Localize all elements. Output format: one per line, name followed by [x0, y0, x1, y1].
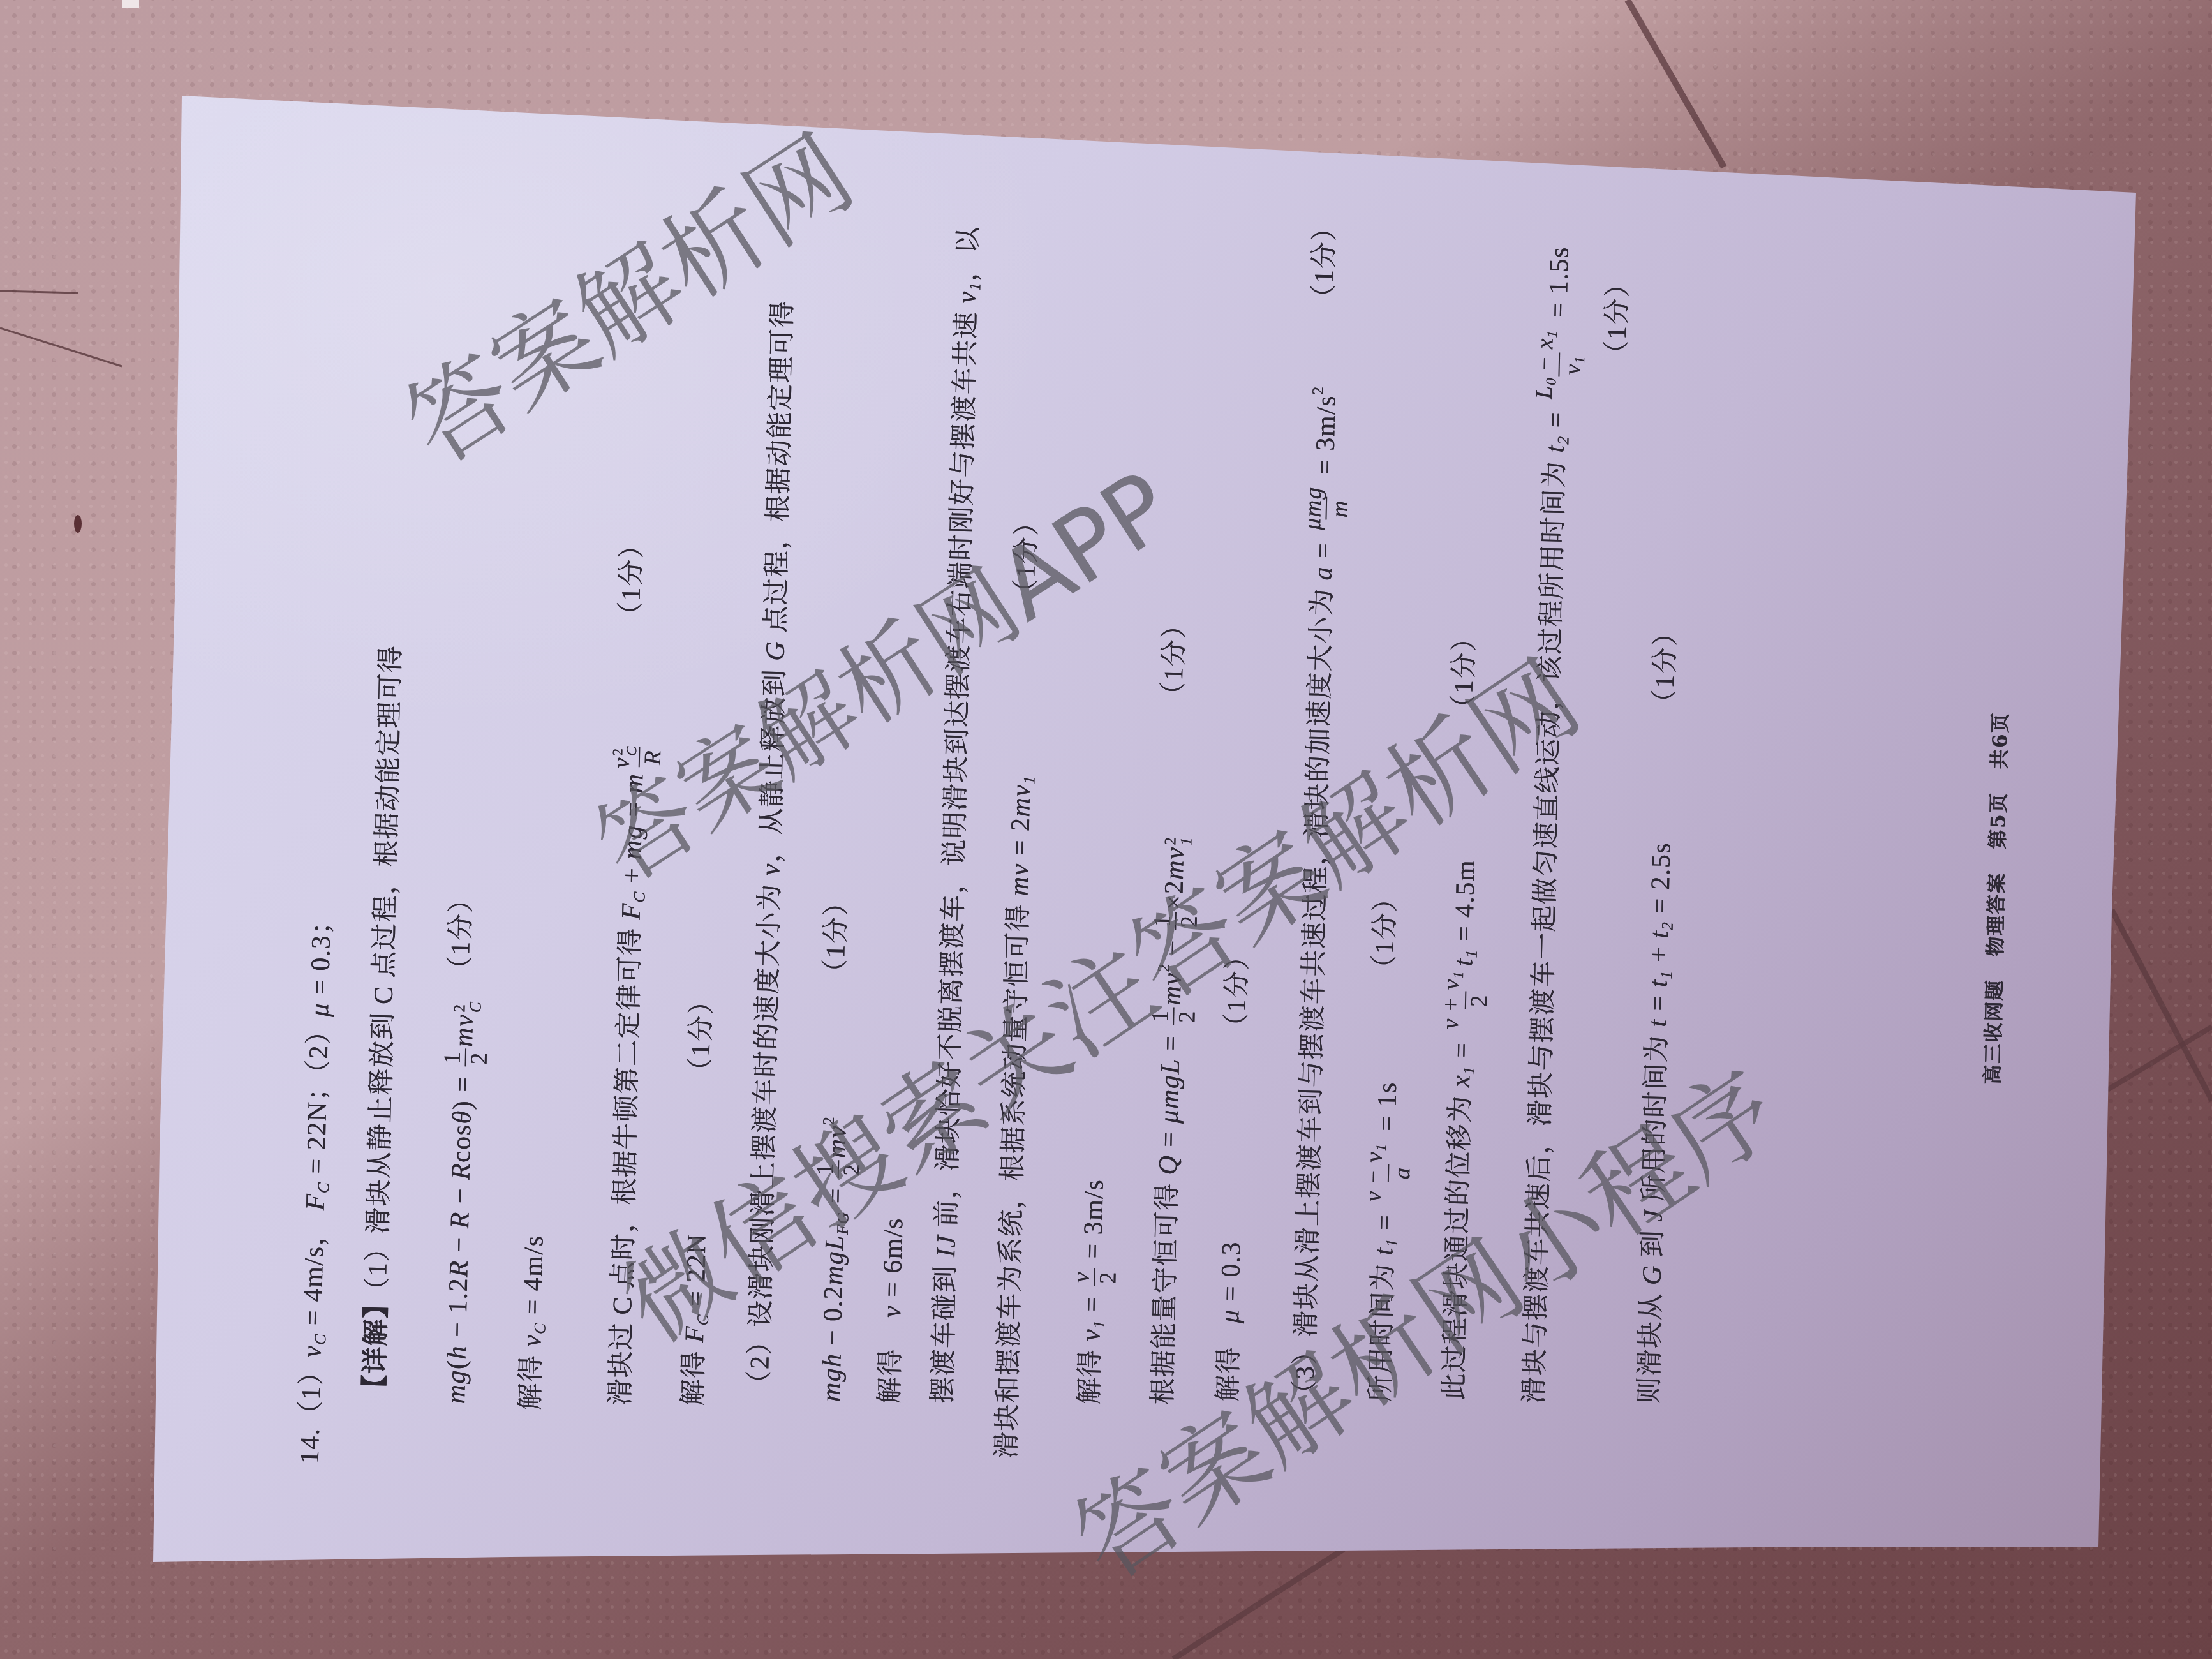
subscript: C — [468, 1001, 484, 1013]
line-answer-summary: 14.（1）vC = 4m/s， FC = 22N；（2）μ = 0.3； — [291, 907, 341, 1464]
numerator: v2C — [609, 742, 639, 771]
math-symbol: θ — [447, 1110, 477, 1124]
superscript: 2 — [611, 745, 625, 755]
math-symbol: h — [442, 1344, 471, 1359]
math-symbol: v — [877, 1304, 907, 1318]
math-symbol: t — [1645, 930, 1674, 939]
text-run: − 1.2 — [442, 1277, 473, 1345]
math-symbol: v — [517, 1334, 547, 1347]
denominator: 2 — [1094, 1268, 1121, 1287]
math-symbol: t — [1541, 444, 1570, 453]
math-symbol: R — [444, 1260, 474, 1277]
math-symbol: x — [1446, 1074, 1476, 1087]
text-run: = 4m/s — [518, 1235, 549, 1323]
line-text: 【详解】（1）滑块从静止释放到 C 点过程，根据动能定理可得 — [360, 644, 406, 1402]
math-symbol: μ — [1215, 1309, 1245, 1324]
denominator: 2 — [1465, 991, 1492, 1009]
math-symbol: mv — [449, 1013, 479, 1047]
subscript: 2 — [1555, 435, 1572, 445]
line-detail-intro: 【详解】（1）滑块从静止释放到 C 点过程，根据动能定理可得 — [356, 644, 411, 1402]
math-symbol: μmg — [1299, 486, 1326, 530]
text-run: （3）滑块从滑上摆渡车到与摆渡车共速过程，滑块的加速度大小为 — [1290, 580, 1337, 1408]
subscript: 1 — [1658, 970, 1675, 979]
math-symbol: v — [1360, 1190, 1386, 1202]
fraction: 12 — [439, 1048, 491, 1068]
math-symbol: R — [445, 1211, 475, 1229]
text-run: 解得 — [875, 1318, 907, 1404]
score-mark: （1分） — [816, 888, 856, 986]
text-run: ( — [442, 1359, 471, 1369]
math-symbol: mg — [441, 1369, 471, 1404]
math-symbol: v — [608, 757, 634, 769]
line-result-v: 解得 v = 6m/s — [871, 1217, 913, 1404]
text-run: 摆渡车碰到 — [928, 1257, 961, 1404]
subscript: 1 — [1373, 1143, 1389, 1151]
math-symbol: v — [1076, 1328, 1106, 1341]
fraction: μmgm — [1300, 484, 1353, 533]
text-run: （1）滑块从静止释放到 C 点过程，根据动能定理可得 — [363, 644, 406, 1291]
math-symbol: L — [1531, 385, 1557, 399]
subscript: 1 — [1178, 837, 1195, 846]
math-symbol: t — [1369, 1247, 1399, 1256]
line-energy-theorem-c: mg(h − 1.2R − R − Rcosθ) = 12mv2C（1分） — [432, 1001, 479, 1404]
numerator: L0 − x1 — [1531, 327, 1560, 402]
text-run: − — [1360, 1162, 1387, 1191]
text-run: = 0.3 — [1215, 1240, 1246, 1309]
footer-page-total: 共6页 — [1988, 711, 2012, 769]
score-mark: （1分） — [1645, 618, 1686, 717]
line-text: 解得 v1 = v2 = 3m/s — [1075, 1179, 1110, 1404]
math-symbol: v — [1067, 1271, 1094, 1283]
denominator: a — [1388, 1164, 1415, 1182]
math-symbol: x — [1531, 338, 1557, 350]
score-mark: （1分） — [1305, 213, 1345, 311]
text-run: + — [1437, 990, 1464, 1018]
text-run: = 3m/s — [1078, 1179, 1109, 1267]
math-symbol: Q — [1154, 1154, 1184, 1175]
text-run: = — [1154, 1123, 1184, 1155]
line-text: 摆渡车碰到 IJ 前，滑块恰好不脱离摆渡车，说明滑块到达摆渡车右端时刚好与摆渡车… — [928, 226, 983, 1404]
text-run: 解得 — [516, 1346, 547, 1410]
numerator: μmg — [1300, 484, 1326, 533]
score-mark: （1分） — [681, 986, 722, 1085]
text-run: = 4.5m — [1450, 859, 1481, 949]
numerator: v — [1068, 1268, 1094, 1286]
subscript: C — [625, 745, 639, 756]
denominator: 2 — [464, 1049, 492, 1068]
math-symbol: μmgL — [1154, 1058, 1185, 1124]
text-run: = 1s — [1372, 1082, 1402, 1140]
subscript: 1 — [1021, 775, 1038, 785]
text-run: = — [1077, 1288, 1107, 1320]
math-symbol: v — [297, 1344, 327, 1358]
text-run: = — [1308, 534, 1338, 566]
score-mark: （1分） — [1598, 269, 1638, 368]
text-run: − — [445, 1180, 475, 1212]
numerator: v − v1 — [1360, 1140, 1389, 1205]
math-symbol: mv — [1006, 784, 1036, 817]
math-symbol: F — [617, 902, 647, 920]
text-run: cos — [447, 1124, 477, 1163]
text-run: 2 — [465, 1052, 491, 1065]
math-symbol: mgh — [817, 1353, 847, 1402]
subscript: 1 — [1460, 1066, 1478, 1075]
superscript: 2 — [1162, 836, 1179, 845]
subscript: 1 — [1571, 355, 1587, 364]
text-run: = — [1370, 1206, 1400, 1238]
text-run: = 22N；（2） — [301, 1016, 334, 1182]
photo-scene: 14.（1）vC = 4m/s， FC = 22N；（2）μ = 0.3； 【详… — [0, 0, 2212, 1659]
subscript: 0 — [1543, 377, 1559, 385]
line-text: mg(h − 1.2R − R − Rcosθ) = 12mv2C — [441, 1001, 479, 1404]
text-run: 1 — [439, 1051, 465, 1064]
superscript-subscript: 2C — [452, 1001, 484, 1013]
text-run: + — [1644, 938, 1674, 970]
fraction: v2 — [1068, 1268, 1120, 1287]
math-symbol: a — [1308, 565, 1337, 580]
fraction: v + v12 — [1437, 967, 1492, 1032]
text-run: 则滑块从 — [1635, 1285, 1666, 1404]
line-condition: 摆渡车碰到 IJ 前，滑块恰好不脱离摆渡车，说明滑块到达摆渡车右端时刚好与摆渡车… — [924, 226, 988, 1404]
text-run: = 1.5s — [1543, 246, 1575, 326]
text-run: − 0.2 — [817, 1285, 848, 1353]
math-symbol: v — [1437, 978, 1464, 990]
text-run: − — [444, 1228, 474, 1260]
subscript: 2 — [1659, 921, 1677, 931]
page-footer: 高三收网题物理答案第5页共6页 — [1977, 711, 2016, 1085]
subscript: 1 — [1383, 1238, 1400, 1247]
section-label: 【详解】 — [360, 1290, 392, 1402]
line-text: 14.（1）vC = 4m/s， FC = 22N；（2）μ = 0.3； — [295, 907, 337, 1464]
line-text: 解得 vC = 4m/s — [516, 1235, 549, 1410]
line-text: 解得 v = 6m/s — [875, 1217, 909, 1404]
text-run: 点过程，根据动能定理可得 — [761, 299, 798, 641]
subscript: 1 — [1450, 971, 1466, 979]
text-run: = 4m/s， — [298, 1210, 330, 1333]
score-mark: （1分） — [611, 530, 651, 629]
superscript: 2 — [452, 1001, 468, 1013]
text-run: = 6m/s — [877, 1217, 909, 1306]
superscript-subscript: 21 — [1162, 836, 1195, 845]
score-mark: （1分） — [441, 885, 481, 983]
footer-page-number: 第5页 — [1986, 792, 2010, 849]
subscript: C — [531, 1322, 549, 1334]
subscript: 1 — [967, 281, 984, 291]
math-symbol: v — [1361, 1150, 1387, 1163]
math-symbol: G — [761, 640, 791, 661]
text-run: = 2.5s — [1645, 842, 1677, 921]
math-symbol: t — [1449, 958, 1478, 967]
math-symbol: v — [953, 290, 982, 304]
text-run: ，以 — [953, 226, 983, 282]
denominator: v1 — [1559, 352, 1587, 377]
text-run: 解得 — [1075, 1341, 1106, 1404]
math-symbol: v — [756, 863, 785, 876]
math-symbol: t — [1643, 1018, 1672, 1027]
fraction: L0 − x1v1 — [1531, 327, 1588, 403]
fraction: v − v1a — [1360, 1140, 1415, 1205]
footer-series: 高三收网题 — [1981, 979, 2007, 1085]
text-run: = — [1644, 987, 1674, 1019]
text-run: = — [1447, 1034, 1477, 1066]
superscript: 2 — [1309, 385, 1326, 395]
text-run: ) = — [448, 1068, 478, 1110]
math-symbol: μ — [305, 1002, 334, 1017]
subscript: 1 — [1090, 1320, 1108, 1329]
math-symbol: t — [1644, 979, 1674, 988]
text-run: = 3m/s — [1310, 394, 1341, 482]
text-run: 根据能量守恒可得 — [1148, 1175, 1183, 1405]
superscript-subscript: 2C — [611, 745, 639, 755]
text-run: = 2 — [1006, 817, 1036, 863]
text-run: 14.（1） — [295, 1357, 327, 1464]
math-symbol: mv — [1004, 863, 1034, 896]
subscript: C — [315, 1181, 332, 1193]
text-run: 2 — [1094, 1271, 1120, 1284]
numerator: v + v1 — [1437, 967, 1466, 1032]
score-mark: （1分） — [1154, 611, 1194, 709]
score-mark: （1分） — [1365, 884, 1406, 982]
text-run: （2）设滑块刚滑上摆渡车时的速度大小为 — [745, 875, 785, 1397]
math-symbol: a — [1388, 1166, 1414, 1180]
math-symbol: v — [1559, 363, 1585, 375]
math-symbol: m — [1326, 500, 1353, 518]
math-symbol: R — [446, 1162, 476, 1180]
text-run: − — [1531, 349, 1557, 378]
text-run: 滑块过 C 点时，根据牛顿第二定律可得 — [606, 919, 646, 1406]
math-symbol: F — [301, 1193, 330, 1210]
math-symbol: G — [1637, 1265, 1667, 1286]
footer-subject: 物理答案 — [1984, 872, 2009, 956]
math-symbol: IJ — [932, 1234, 961, 1258]
line-result-v1: 解得 v1 = v2 = 3m/s — [1065, 1179, 1109, 1405]
math-symbol: v — [1437, 1018, 1463, 1030]
subscript: C — [312, 1333, 329, 1345]
line-result-vc: 解得 vC = 4m/s — [512, 1235, 554, 1411]
text-run: 2 — [1466, 994, 1492, 1008]
denominator: m — [1325, 497, 1353, 521]
subscript: 1 — [1544, 330, 1560, 338]
subscript: 1 — [1463, 949, 1480, 958]
text-run: = — [1541, 403, 1571, 435]
numerator: 1 — [439, 1048, 465, 1067]
text-run: = 0.3； — [306, 907, 337, 1003]
